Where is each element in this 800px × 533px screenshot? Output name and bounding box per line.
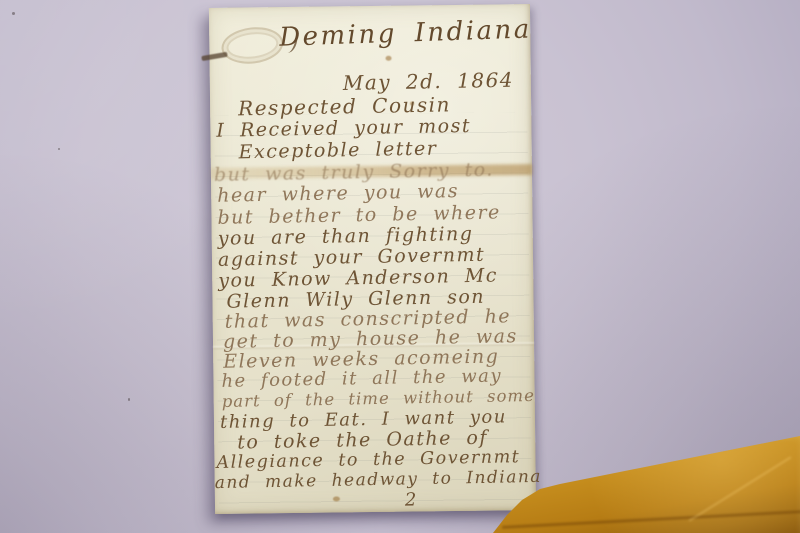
photo-scene: Deming Indiana May 2d. 1864 Respected Co…	[0, 0, 800, 533]
page-number-flourish: 2	[405, 490, 418, 510]
dust-speck	[58, 148, 60, 150]
embossed-stamp	[219, 24, 285, 67]
letter-heading-place: Deming Indiana	[279, 19, 532, 47]
letter-date: May 2d. 1864	[343, 70, 515, 93]
dust-speck	[128, 398, 130, 401]
letter-salutation: Respected Cousin	[238, 94, 451, 118]
dust-speck	[12, 12, 15, 15]
letter-paper: Deming Indiana May 2d. 1864 Respected Co…	[209, 4, 536, 514]
foxing-spot	[386, 56, 392, 61]
foxing-spot	[333, 496, 340, 501]
letter-line: Exceptoble letter	[238, 139, 437, 163]
ink-smudge	[201, 52, 227, 61]
envelope-crease	[502, 510, 800, 529]
